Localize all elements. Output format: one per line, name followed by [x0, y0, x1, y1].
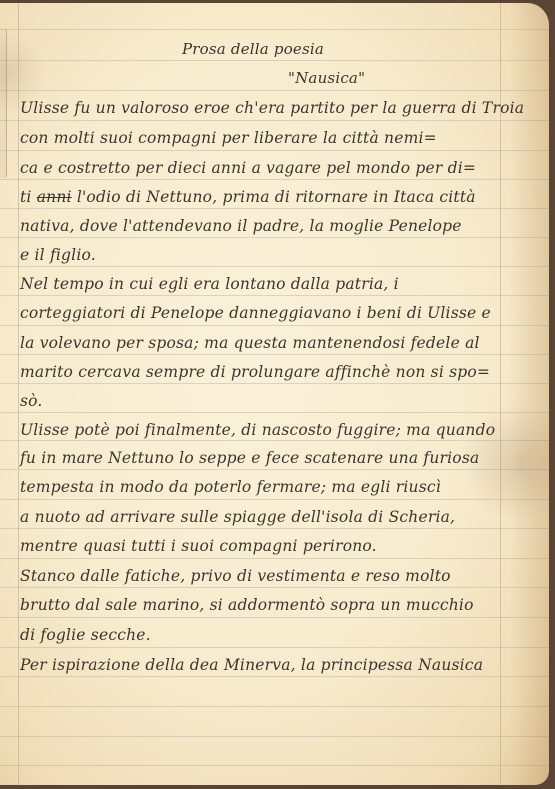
ruled-line: [0, 208, 549, 209]
ruled-line: [0, 647, 549, 648]
page-title: Prosa della poesia: [182, 40, 324, 58]
ruled-line: [0, 587, 549, 588]
ruled-line: [0, 29, 549, 30]
text-line: Ulisse potè poi finalmente, di nascosto …: [20, 421, 495, 439]
text-line: fu in mare Nettuno lo seppe e fece scate…: [20, 449, 479, 467]
text-line-with-strikethrough: ti anni l'odio di Nettuno, prima di rito…: [20, 188, 476, 206]
ruled-line: [0, 237, 549, 238]
ruled-line: [0, 736, 549, 737]
text-line: mentre quasi tutti i suoi compagni perir…: [20, 537, 377, 555]
text-line: la volevano per sposa; ma questa mantene…: [20, 334, 480, 352]
text-line: Per ispirazione della dea Minerva, la pr…: [20, 656, 483, 674]
ruled-line: [0, 295, 549, 296]
ruled-line: [0, 383, 549, 384]
ruled-line: [0, 617, 549, 618]
text-fragment: l'odio di Nettuno, prima di ritornare in…: [72, 188, 476, 206]
text-line: tempesta in modo da poterlo fermare; ma …: [20, 478, 441, 496]
text-line: con molti suoi compagni per liberare la …: [20, 129, 437, 147]
ruled-line: [0, 440, 549, 441]
ruled-line: [0, 179, 549, 180]
ruled-line: [0, 499, 549, 500]
text-line: ca e costretto per dieci anni a vagare p…: [20, 159, 476, 177]
struck-word: anni: [37, 188, 72, 206]
ruled-line: [0, 765, 549, 766]
ruled-line: [0, 60, 549, 61]
text-line: Stanco dalle fatiche, privo di vestiment…: [20, 567, 451, 585]
ruled-line: [0, 469, 549, 470]
ruled-line: [0, 558, 549, 559]
notebook-page: Prosa della poesia "Nausica" Ulisse fu u…: [0, 3, 549, 785]
ruled-line: [0, 120, 549, 121]
text-line: Nel tempo in cui egli era lontano dalla …: [20, 275, 399, 293]
ruled-line: [0, 412, 549, 413]
page-subtitle: "Nausica": [288, 69, 365, 87]
torn-paper-edge: [0, 28, 7, 178]
text-line: Ulisse fu un valoroso eroe ch'era partit…: [20, 99, 524, 117]
text-line: sò.: [20, 392, 43, 410]
ruled-line: [0, 150, 549, 151]
text-line: marito cercava sempre di prolungare affi…: [20, 363, 490, 381]
ruled-line: [0, 354, 549, 355]
ruled-line: [0, 90, 549, 91]
ruled-line: [0, 706, 549, 707]
text-line: brutto dal sale marino, si addormentò so…: [20, 596, 474, 614]
text-line: nativa, dove l'attendevano il padre, la …: [20, 217, 462, 235]
ruled-line: [0, 676, 549, 677]
right-margin-line: [500, 3, 501, 785]
ruled-line: [0, 266, 549, 267]
ruled-line: [0, 325, 549, 326]
left-margin-line: [18, 3, 19, 785]
text-line: corteggiatori di Penelope danneggiavano …: [20, 304, 491, 322]
ruled-line: [0, 528, 549, 529]
text-fragment: ti: [20, 188, 37, 206]
text-line: e il figlio.: [20, 246, 96, 264]
text-line: a nuoto ad arrivare sulle spiagge dell'i…: [20, 508, 455, 526]
text-line: di foglie secche.: [20, 626, 151, 644]
